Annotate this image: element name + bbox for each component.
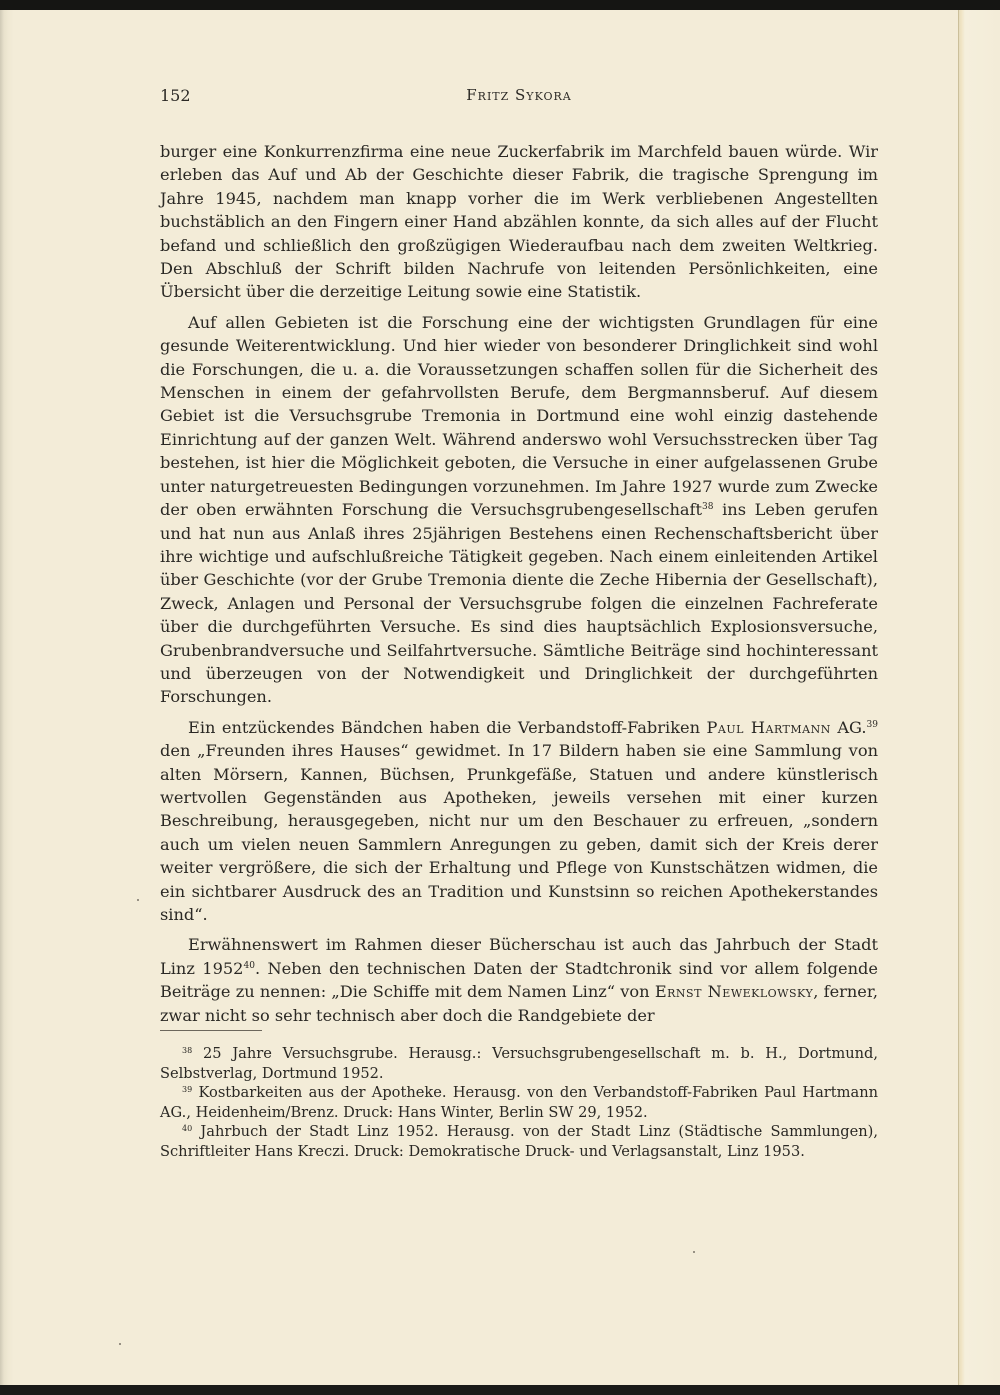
paragraph-1: burger eine Konkurrenzfirma eine neue Zu… [160, 140, 878, 304]
scan-speck [119, 1343, 121, 1345]
main-text: burger eine Konkurrenzfirma eine neue Zu… [160, 140, 878, 1034]
page-stack-edge [0, 10, 14, 1385]
company-name-small-caps: Paul Hartmann [707, 718, 831, 737]
footnote-ref-39: 39 [867, 720, 878, 730]
paragraph-2: Auf allen Gebieten ist die Forschung ein… [160, 311, 878, 709]
paragraph-2-text-a: Auf allen Gebieten ist die Forschung ein… [160, 313, 878, 519]
footnote-38: 38 25 Jahre Versuchsgrube. Herausg.: Ver… [160, 1044, 878, 1083]
footnotes: 38 25 Jahre Versuchsgrube. Herausg.: Ver… [160, 1044, 878, 1161]
footnote-number: 39 [182, 1085, 192, 1094]
footnote-text: Jahrbuch der Stadt Linz 1952. Herausg. v… [160, 1123, 878, 1160]
footnote-39: 39 Kostbarkeiten aus der Apotheke. Herau… [160, 1083, 878, 1122]
footnote-40: 40 Jahrbuch der Stadt Linz 1952. Herausg… [160, 1122, 878, 1161]
footnote-number: 40 [182, 1124, 192, 1133]
page-header: 152 Fritz Sykora [160, 86, 878, 110]
book-gutter [958, 10, 1000, 1385]
footnote-ref-40: 40 [243, 961, 254, 971]
paragraph-3-text-a: Ein entzückendes Bändchen haben die Verb… [188, 718, 707, 737]
paragraph-3: Ein entzückendes Bändchen haben die Verb… [160, 716, 878, 927]
author-name-small-caps: Ernst Neweklowsky [655, 982, 813, 1001]
footnote-number: 38 [182, 1046, 192, 1055]
paragraph-3-text-b: AG. [831, 718, 867, 737]
scan-speck [693, 1251, 695, 1253]
scan-speck [137, 899, 139, 901]
running-head-author: Fritz Sykora [160, 86, 878, 104]
paragraph-3-text-c: den „Freunden ihres Hauses“ gewidmet. In… [160, 741, 878, 924]
footnote-ref-38: 38 [702, 502, 713, 512]
footnote-divider [160, 1030, 262, 1031]
paragraph-4: Erwähnenswert im Rahmen dieser Büchersch… [160, 933, 878, 1027]
scan-bottom-border [0, 1385, 1000, 1395]
footnote-text: Kostbarkeiten aus der Apotheke. Herausg.… [160, 1084, 878, 1121]
footnote-text: 25 Jahre Versuchsgrube. Herausg.: Versuc… [160, 1045, 878, 1082]
paragraph-2-text-b: ins Leben gerufen und hat nun aus Anlaß … [160, 500, 878, 706]
